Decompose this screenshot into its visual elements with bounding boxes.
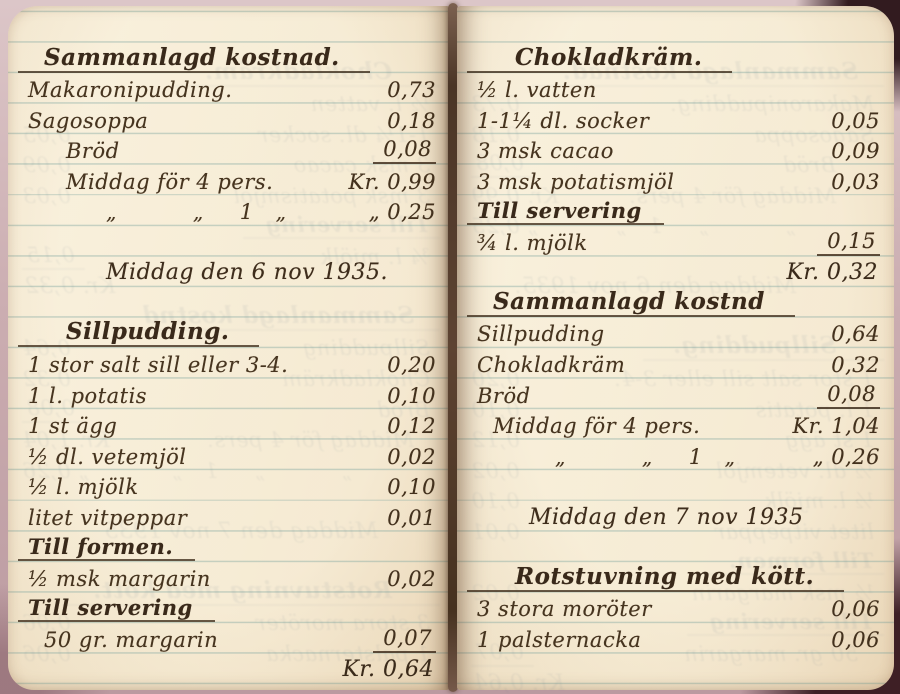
blank-row (467, 470, 880, 501)
entry-row: ½ msk margarin0,02 (18, 561, 436, 592)
entry-label: 1 stor salt sill eller 3-4. (18, 355, 288, 378)
entry-value: 0,02 (387, 569, 436, 592)
entry-label: ½ dl. vetemjöl (18, 447, 186, 470)
entry-row: Middag för 4 pers.Kr. 0,99 (18, 164, 436, 195)
ditto-mark: „ (193, 202, 204, 222)
entry-label: Sagosoppa (18, 111, 148, 134)
entry-label: ½ msk margarin (18, 569, 211, 592)
ditto-mark: „ (725, 447, 736, 467)
ditto-marks: „„1„ (18, 202, 287, 225)
heading-row: Chokladkräm. (467, 42, 880, 73)
entry-row: 3 stora moröter0,06 (467, 592, 880, 623)
entry-row: Makaronipudding.0,73 (18, 73, 436, 104)
entry-row: 1-1¼ dl. socker0,05 (467, 103, 880, 134)
date-heading: Middag den 7 nov 1935 (467, 507, 804, 531)
entry-label: 1-1¼ dl. socker (467, 111, 649, 134)
entry-label: ¾ l. mjölk (467, 233, 588, 256)
entry-value: Kr. 1,04 (792, 416, 880, 439)
entry-label: 3 msk potatismjöl (467, 172, 674, 195)
entry-value: 0,05 (831, 111, 880, 134)
entry-row: ½ dl. vetemjöl0,02 (18, 439, 436, 470)
entry-label: 1 l. potatis (18, 386, 147, 409)
entry-label: 1 st ägg (18, 416, 117, 439)
entry-value: 0,32 (831, 355, 880, 378)
entry-label: Chokladkräm (467, 355, 625, 378)
entry-label: 3 msk cacao (467, 141, 614, 164)
entry-row: ½ l. mjölk0,10 (18, 470, 436, 501)
entry-value: „ 0,26 (813, 447, 880, 470)
entry-row: Bröd0,08 (18, 134, 436, 165)
entry-value: 0,10 (387, 477, 436, 500)
entry-label: 50 gr. margarin (18, 630, 218, 653)
ditto-mark: 1 (689, 447, 703, 468)
entry-label: Middag för 4 pers. (18, 172, 273, 195)
entry-value: 0,07 (373, 628, 436, 653)
entry-value: 0,03 (831, 172, 880, 195)
ditto-mark: 1 (240, 202, 254, 223)
notebook-right-page: Sammanlagd kostnad.Makaronipudding.0,73S… (457, 6, 894, 690)
right-page-entries: Chokladkräm.½ l. vatten1-1¼ dl. socker0,… (457, 6, 894, 653)
entry-value: „ 0,25 (369, 202, 436, 225)
entry-row: 50 gr. margarin0,07 (18, 622, 436, 653)
date-heading: Middag den 6 nov 1935. (18, 262, 388, 286)
ditto-marks: „„1„ (467, 447, 736, 470)
entry-value: Kr. 0,99 (348, 172, 436, 195)
ditto-mark: „ (106, 202, 117, 222)
ditto-mark: „ (276, 202, 287, 222)
entry-row: Bröd0,08 (467, 378, 880, 409)
heading-row: Sammanlagd kostnd (467, 286, 880, 317)
heading-row: Till formen. (18, 531, 436, 562)
entry-row: 1 l. potatis0,10 (18, 378, 436, 409)
blank-row (18, 286, 436, 317)
total-value: Kr. 0,64 (342, 659, 436, 683)
heading-row: Sillpudding. (18, 317, 436, 348)
entry-value: 0,06 (831, 630, 880, 653)
notebook-spread: Chokladkräm.½ l. vatten1-1¼ dl. socker0,… (0, 0, 900, 694)
entry-row: 3 msk cacao0,09 (467, 134, 880, 165)
total-value: Kr. 0,32 (786, 262, 880, 286)
entry-value: 0,64 (831, 324, 880, 347)
entry-value: 0,08 (817, 384, 880, 409)
blank-row (467, 531, 880, 562)
entry-value: 0,01 (387, 508, 436, 531)
heading-row: Rotstuvning med kött. (467, 561, 880, 592)
entry-row: 1 st ägg0,12 (18, 409, 436, 440)
section-heading: Rotstuvning med kött. (467, 565, 844, 592)
entry-label: Bröd (467, 386, 531, 409)
ditto-row: „„1„„ 0,25 (18, 195, 436, 226)
entry-value: 0,02 (387, 447, 436, 470)
notebook-left-page: Chokladkräm.½ l. vatten1-1¼ dl. socker0,… (8, 6, 450, 690)
entry-label: litet vitpeppar (18, 508, 187, 531)
entry-value: 0,06 (831, 599, 880, 622)
section-heading: Chokladkräm. (467, 46, 732, 73)
heading-row: Till servering (467, 195, 880, 226)
section-heading: Till servering (467, 200, 664, 225)
entry-value: 0,18 (387, 111, 436, 134)
total-value: Kr. 0,64 (471, 673, 565, 694)
total-row: Kr. 0,64 (471, 667, 884, 694)
entry-value: 0,15 (817, 231, 880, 256)
entry-value: 0,12 (387, 416, 436, 439)
entry-row: ½ l. vatten (467, 73, 880, 104)
ditto-mark: „ (555, 447, 566, 467)
heading-row: Till servering (18, 592, 436, 623)
entry-row: Sagosoppa0,18 (18, 103, 436, 134)
left-page-entries: Sammanlagd kostnad.Makaronipudding.0,73S… (8, 6, 450, 683)
entry-row: 1 palsternacka0,06 (467, 622, 880, 653)
date-row: Middag den 7 nov 1935 (467, 500, 880, 531)
entry-value: 0,09 (831, 141, 880, 164)
entry-value: 0,20 (387, 355, 436, 378)
entry-row: Middag för 4 pers.Kr. 1,04 (467, 409, 880, 440)
entry-label: ½ l. vatten (467, 80, 597, 103)
ditto-mark: „ (642, 447, 653, 467)
blank-row (18, 225, 436, 256)
total-row: Kr. 0,32 (467, 256, 880, 287)
entry-row: 1 stor salt sill eller 3-4.0,20 (18, 347, 436, 378)
section-heading: Till servering (18, 597, 215, 622)
entry-label: 1 palsternacka (467, 630, 641, 653)
ditto-row: „„1„„ 0,26 (467, 439, 880, 470)
entry-row: litet vitpeppar0,01 (18, 500, 436, 531)
entry-row: Sillpudding0,64 (467, 317, 880, 348)
entry-row: ¾ l. mjölk0,15 (467, 225, 880, 256)
entry-label: Bröd (18, 141, 120, 164)
total-row: Kr. 0,64 (18, 653, 436, 684)
date-row: Middag den 6 nov 1935. (18, 256, 436, 287)
entry-label: 3 stora moröter (467, 599, 652, 622)
section-heading: Till formen. (18, 536, 195, 561)
entry-label: ½ l. mjölk (18, 477, 139, 500)
entry-value: 0,73 (387, 80, 436, 103)
entry-value: 0,10 (387, 386, 436, 409)
section-heading: Sammanlagd kostnd (467, 290, 795, 317)
entry-label: Makaronipudding. (18, 80, 232, 103)
entry-label: Middag för 4 pers. (467, 416, 700, 439)
entry-label: Sillpudding (467, 324, 605, 347)
entry-row: 3 msk potatismjöl0,03 (467, 164, 880, 195)
section-heading: Sillpudding. (18, 320, 259, 347)
section-heading: Sammanlagd kostnad. (18, 46, 370, 73)
heading-row: Sammanlagd kostnad. (18, 42, 436, 73)
entry-value: 0,08 (373, 139, 436, 164)
entry-row: Chokladkräm0,32 (467, 347, 880, 378)
